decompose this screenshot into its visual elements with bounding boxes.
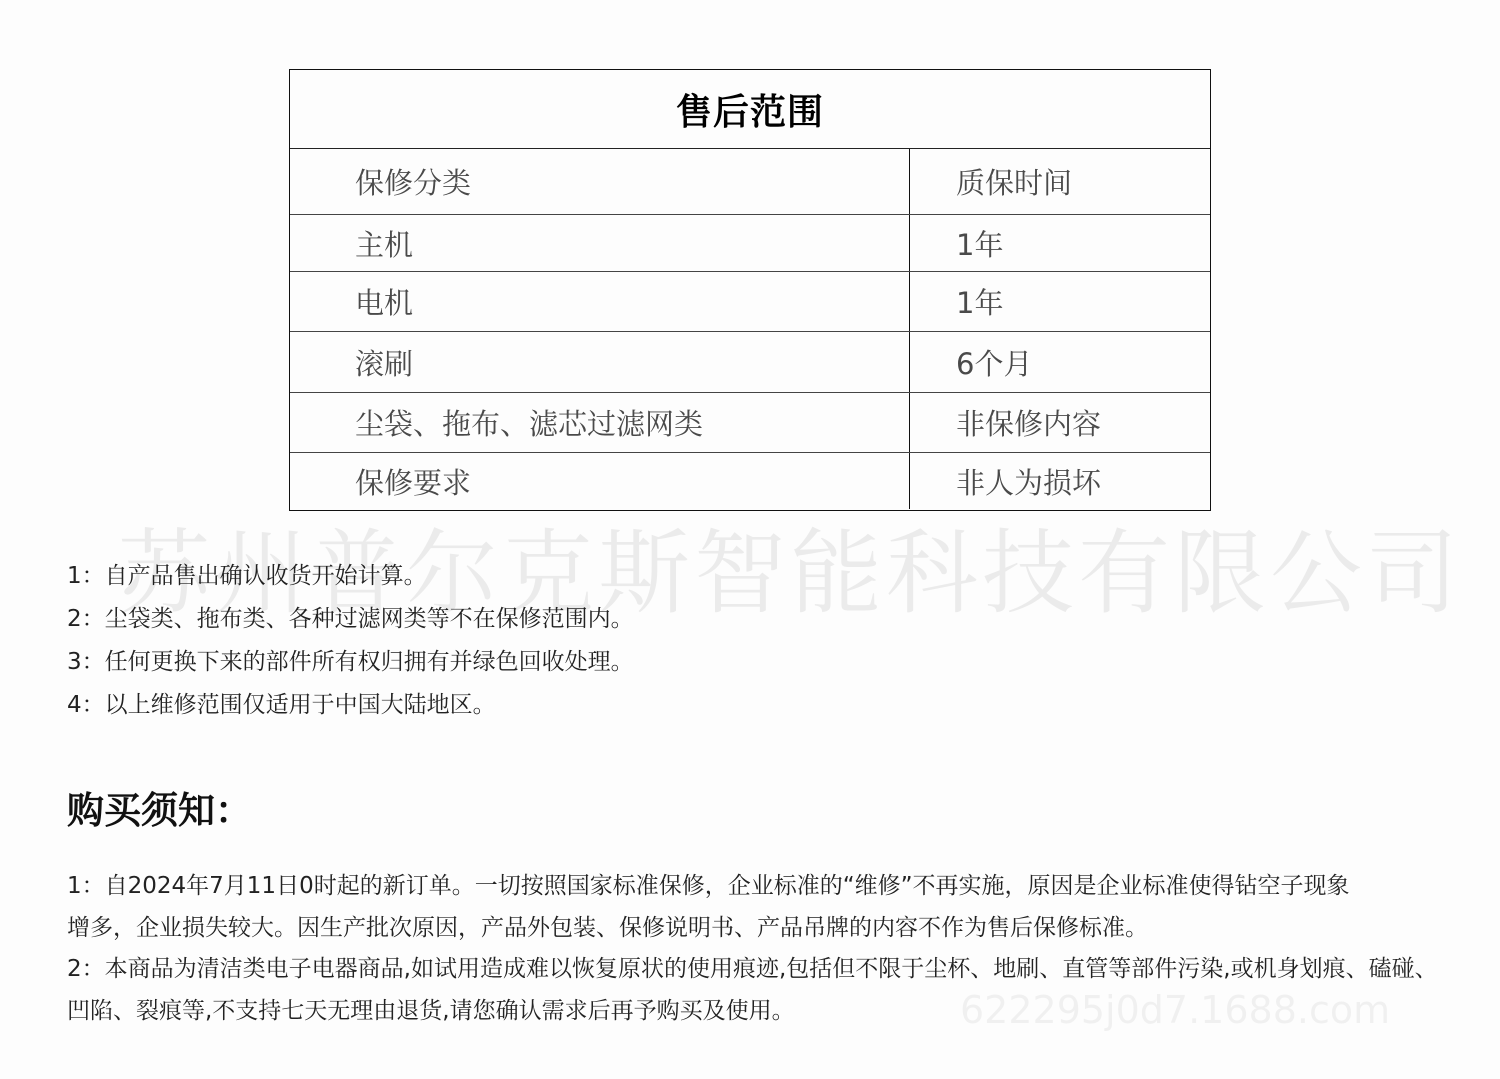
row-period: 1年 [910,272,1210,331]
row-period: 非人为损坏 [910,453,1210,509]
row-category: 滚刷 [290,332,910,392]
note-item: 2：尘袋类、拖布类、各种过滤网类等不在保修范围内。 [67,598,634,641]
purchase-notice: 1：自2024年7月11日0时起的新订单。一切按照国家标准保修，企业标准的“维修… [67,866,1467,1032]
table-row: 保修要求 非人为损坏 [290,453,1210,509]
row-period: 非保修内容 [910,393,1210,452]
purchase-paragraph: 2：本商品为清洁类电子电器商品,如试用造成难以恢复原状的使用痕迹,包括但不限于尘… [67,949,1457,1032]
row-category: 保修要求 [290,453,910,509]
row-period: 1年 [910,215,1210,271]
row-category: 尘袋、拖布、滤芯过滤网类 [290,393,910,452]
table-header-row: 保修分类 质保时间 [290,149,1210,215]
note-item: 3：任何更换下来的部件所有权归拥有并绿色回收处理。 [67,641,634,684]
row-period: 6个月 [910,332,1210,392]
table-row: 滚刷 6个月 [290,332,1210,393]
warranty-notes: 1：自产品售出确认收货开始计算。 2：尘袋类、拖布类、各种过滤网类等不在保修范围… [67,555,634,727]
table-title: 售后范围 [290,70,1210,149]
table-row: 尘袋、拖布、滤芯过滤网类 非保修内容 [290,393,1210,453]
table-row: 电机 1年 [290,272,1210,332]
row-category: 主机 [290,215,910,271]
after-sales-table: 售后范围 保修分类 质保时间 主机 1年 电机 1年 滚刷 6个月 尘袋、拖布、… [289,69,1211,511]
table-row: 主机 1年 [290,215,1210,272]
note-item: 4：以上维修范围仅适用于中国大陆地区。 [67,684,634,727]
purchase-paragraph: 1：自2024年7月11日0时起的新订单。一切按照国家标准保修，企业标准的“维修… [67,866,1357,949]
header-category: 保修分类 [290,149,910,214]
header-period: 质保时间 [910,149,1210,214]
purchase-notice-title: 购买须知： [67,780,252,834]
note-item: 1：自产品售出确认收货开始计算。 [67,555,634,598]
row-category: 电机 [290,272,910,331]
